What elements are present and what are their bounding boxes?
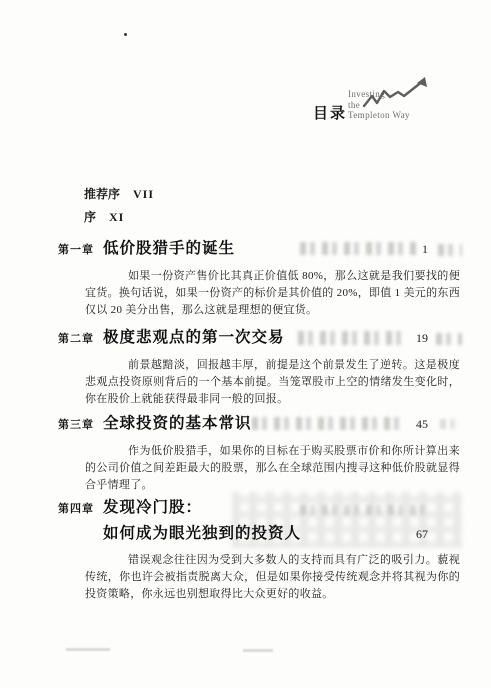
front-matter-row: 序 XI xyxy=(84,206,154,229)
chapter-title: 发现冷门股： xyxy=(103,495,416,521)
chapter-summary: 前景越黯淡，回报越丰厚，前提是这个前景发生了逆转。这是极度悲观点投资原则背后的一… xyxy=(85,357,460,408)
toc-entry-chapter-2: 第二章 极度悲观点的第一次交易 19 前景越黯淡，回报越丰厚，前提是这个前景发生… xyxy=(58,325,460,408)
front-matter-page-number: VII xyxy=(133,183,154,206)
chapter-label: 第三章 xyxy=(58,412,103,438)
front-matter-row: 推荐序 VII xyxy=(84,183,154,206)
front-matter-page-number: XI xyxy=(109,206,124,229)
chapter-page-number: 19 xyxy=(416,325,428,351)
chapter-heading-row: 第一章 低价股猎手的诞生 1 xyxy=(58,236,460,263)
speck-artifact xyxy=(66,648,110,651)
chapter-page-number: 67 xyxy=(416,521,428,547)
chapter-label: 第二章 xyxy=(58,326,103,352)
chapter-summary: 作为低价股猎手，如果你的目标在于购买股票市价和你所计算出来的公司价值之间差距最大… xyxy=(85,443,460,494)
toc-entry-chapter-4: 第四章 发现冷门股： 如何成为眼光独到的投资人 67 错误观念往往因为受到大多数… xyxy=(58,495,460,603)
chapter-summary: 如果一份资产售价比其真正价值低 80%，那么这就是我们要找的便宜货。换句话说，如… xyxy=(85,268,460,319)
chapter-label: 第四章 xyxy=(58,496,103,522)
chapter-page-number: 1 xyxy=(422,236,428,262)
stock-chart-arrow-icon xyxy=(361,76,439,112)
chapter-label: 第一章 xyxy=(58,237,103,263)
chapter-heading-row: 第二章 极度悲观点的第一次交易 19 xyxy=(58,325,460,352)
ink-dot-artifact xyxy=(124,33,127,36)
front-matter: 推荐序 VII 序 XI xyxy=(84,183,154,229)
chapter-heading-row: 第四章 发现冷门股： 如何成为眼光独到的投资人 67 xyxy=(58,495,460,547)
chapter-title: 极度悲观点的第一次交易 xyxy=(103,329,285,346)
chapter-title: 全球投资的基本常识 xyxy=(103,415,252,432)
speck-artifact xyxy=(243,649,273,652)
chapter-page-number: 45 xyxy=(416,411,428,437)
chapter-subtitle: 如何成为眼光独到的投资人 xyxy=(103,521,416,547)
book-logo: 目录 Investing the Templeton Way xyxy=(306,76,446,128)
toc-entry-chapter-1: 第一章 低价股猎手的诞生 1 如果一份资产售价比其真正价值低 80%，那么这就是… xyxy=(58,236,460,319)
chapter-heading-row: 第三章 全球投资的基本常识 45 xyxy=(58,411,460,438)
toc-entry-chapter-3: 第三章 全球投资的基本常识 45 作为低价股猎手，如果你的目标在于购买股票市价和… xyxy=(58,411,460,494)
page-title: 目录 xyxy=(313,102,347,123)
front-matter-title: 推荐序 xyxy=(84,183,120,206)
scanned-toc-page: 目录 Investing the Templeton Way 推荐序 VII 序… xyxy=(0,0,491,688)
front-matter-title: 序 xyxy=(84,206,96,229)
chapter-title: 低价股猎手的诞生 xyxy=(103,240,235,257)
chapter-summary: 错误观念往往因为受到大多数人的支持而具有广泛的吸引力。藐视传统，你也许会被指责脱… xyxy=(85,552,460,603)
